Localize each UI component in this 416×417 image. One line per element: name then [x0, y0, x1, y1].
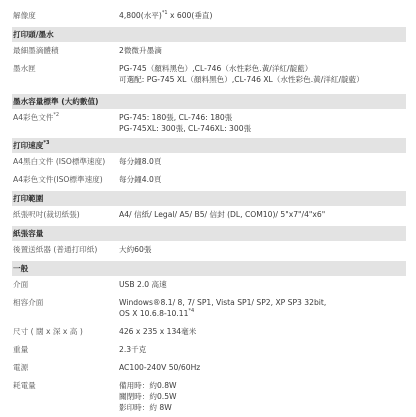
spec-label: 最細墨滴體積	[13, 45, 59, 56]
section-title: 打印範圍	[13, 193, 43, 204]
value-line: 關閉時：約0.5W	[119, 391, 177, 402]
spec-label: 解像度	[13, 10, 36, 21]
section-title: 打印頭/墨水	[13, 29, 54, 40]
value-text: 4,800(水平)	[119, 11, 162, 20]
spec-value: PG-745（顏料黑色）,CL-746（水性彩色.黃/洋紅/靛藍） 可選配: P…	[119, 63, 364, 85]
value-line: 2微微升墨滴	[119, 45, 162, 56]
spec-value: 2.3千克	[119, 344, 146, 355]
value-line: OS X 10.6.8-10.11*4	[119, 308, 326, 319]
spec-label: 後置送紙器 (普通打印紙)	[13, 244, 97, 255]
spec-label: 介面	[13, 279, 28, 290]
spec-value: 2微微升墨滴	[119, 45, 162, 56]
spec-label: 墨水匣	[13, 63, 36, 74]
section-title: 一般	[13, 263, 28, 274]
value-line: 大約60張	[119, 244, 151, 255]
spec-value: Windows®8.1/ 8, 7/ SP1, Vista SP1/ SP2, …	[119, 297, 326, 319]
spec-value: A4/ 信紙/ Legal/ A5/ B5/ 信封 (DL, COM10)/ 5…	[119, 209, 325, 220]
section-title: 紙張容量	[13, 228, 43, 239]
value-line: 可選配: PG-745 XL（顏料黑色）,CL-746 XL（水性彩色.黃/洋紅…	[119, 74, 364, 85]
spec-value: 備用時：約0.8W 關閉時：約0.5W 影印時：約 8W	[119, 380, 177, 413]
value-line: 2.3千克	[119, 344, 146, 355]
value-line: 每分鐘4.0頁	[119, 174, 161, 185]
spec-value: 每分鐘4.0頁	[119, 174, 161, 185]
value-line: USB 2.0 高速	[119, 279, 167, 290]
section-header-general: 一般	[12, 261, 406, 276]
section-title: 墨水容量標準 (大約數值)	[13, 96, 99, 107]
title-text: 打印速度	[13, 141, 43, 150]
section-header-printhead-ink: 打印頭/墨水	[12, 27, 406, 42]
spec-label: 耗電量	[13, 380, 36, 391]
section-header-print-range: 打印範圍	[12, 191, 406, 206]
spec-value: 4,800(水平)*1 x 600(垂直)	[119, 10, 212, 21]
section-header-paper-capacity: 紙張容量	[12, 226, 406, 241]
value-line: A4/ 信紙/ Legal/ A5/ B5/ 信封 (DL, COM10)/ 5…	[119, 209, 325, 220]
value-line: PG-745XL: 300張, CL-746XL: 300張	[119, 123, 251, 134]
spec-label: A4彩色文件*2	[13, 112, 59, 123]
section-title: 打印速度*3	[13, 140, 49, 151]
spec-value: USB 2.0 高速	[119, 279, 167, 290]
spec-label: 相容介面	[13, 297, 43, 308]
spec-value: 426 x 235 x 134毫米	[119, 326, 196, 337]
spec-value: 大約60張	[119, 244, 151, 255]
spec-label: A4黑白文件 (ISO標準速度)	[13, 156, 105, 167]
value-line: 每分鐘8.0頁	[119, 156, 161, 167]
section-header-print-speed: 打印速度*3	[12, 138, 406, 153]
value-line: 影印時：約 8W	[119, 402, 177, 413]
value-text: x 600(垂直)	[168, 11, 213, 20]
spec-label: A4彩色文件(ISO標準速度)	[13, 174, 103, 185]
label-text: A4彩色文件	[13, 113, 53, 122]
value-line: PG-745（顏料黑色）,CL-746（水性彩色.黃/洋紅/靛藍）	[119, 63, 364, 74]
spec-label: 重量	[13, 344, 28, 355]
footnote-mark: *1	[162, 10, 168, 16]
value-line: 備用時：約0.8W	[119, 380, 177, 391]
footnote-mark: *2	[53, 112, 59, 118]
value-line: PG-745: 180張, CL-746: 180張	[119, 112, 251, 123]
value-line: Windows®8.1/ 8, 7/ SP1, Vista SP1/ SP2, …	[119, 297, 326, 308]
spec-value: AC100-240V 50/60Hz	[119, 362, 200, 373]
section-header-ink-yield: 墨水容量標準 (大約數值)	[12, 94, 406, 109]
value-text: OS X 10.6.8-10.11	[119, 309, 188, 318]
spec-label: 尺寸 ( 闊 x 深 x 高 )	[13, 326, 83, 337]
spec-value: PG-745: 180張, CL-746: 180張 PG-745XL: 300…	[119, 112, 251, 134]
footnote-mark: *4	[188, 308, 194, 314]
spec-label: 紙張呎吋(裁切紙張)	[13, 209, 80, 220]
value-line: AC100-240V 50/60Hz	[119, 362, 200, 373]
spec-value: 每分鐘8.0頁	[119, 156, 161, 167]
value-line: 426 x 235 x 134毫米	[119, 326, 196, 337]
footnote-mark: *3	[43, 140, 49, 146]
spec-label: 電源	[13, 362, 28, 373]
